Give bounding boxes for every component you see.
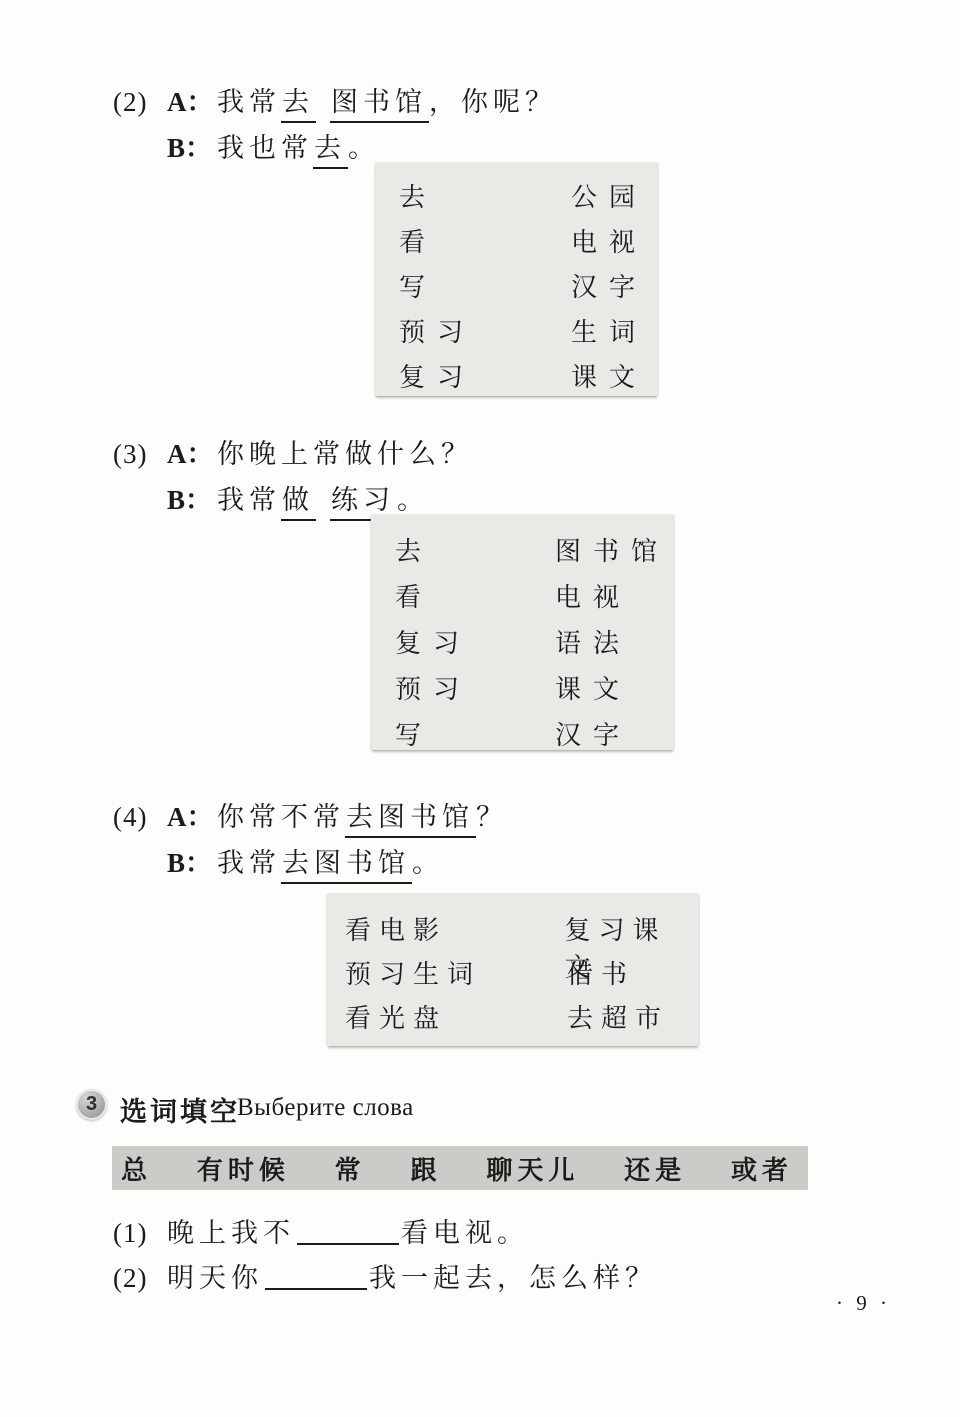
section-number-badge: 3 bbox=[76, 1089, 107, 1120]
box-word-left: 预习生词 bbox=[345, 954, 567, 991]
text-segment: ，你呢？ bbox=[429, 80, 557, 119]
word-pair-row: 看 电视 bbox=[399, 222, 658, 267]
dialog-4-line-a: (4) A： 你常不常 去图书馆 ？ bbox=[113, 795, 508, 838]
fill-in-sentence-1: (1) 晚上我不 看电视。 bbox=[113, 1211, 529, 1250]
bank-word: 聊天儿 bbox=[486, 1150, 579, 1187]
word-pair-row: 看 电视 bbox=[395, 577, 674, 623]
word-pair-row: 写 汉字 bbox=[395, 715, 674, 761]
box-word-right: 课文 bbox=[555, 669, 631, 706]
box-word-left: 复习 bbox=[399, 357, 571, 394]
text-segment: 我常 bbox=[217, 478, 281, 517]
fill-blank bbox=[297, 1217, 399, 1245]
text-segment: 你晚上常做什么？ bbox=[217, 432, 473, 471]
box-word-left: 看电影 bbox=[345, 910, 565, 947]
page-number: · 9 · bbox=[836, 1291, 891, 1316]
item-number: (3) bbox=[113, 439, 167, 470]
box-word-left: 看光盘 bbox=[345, 998, 567, 1035]
box-word-right: 电视 bbox=[555, 577, 631, 614]
underlined-word: 图书馆 bbox=[330, 87, 429, 123]
word-bank-bar: 总 有时候 常 跟 聊天儿 还是 或者 bbox=[113, 1147, 807, 1189]
item-number: (4) bbox=[113, 802, 167, 833]
text-segment: 。 bbox=[412, 841, 444, 880]
speaker-a-label: A： bbox=[167, 432, 217, 471]
section-title-ru: Выберите слова bbox=[237, 1094, 414, 1122]
speaker-b-label: B： bbox=[167, 478, 217, 517]
word-pair-row: 预习 生词 bbox=[399, 312, 658, 357]
dialog-3-line-a: (3) A： 你晚上常做什么？ bbox=[113, 432, 473, 471]
bank-word: 总 bbox=[121, 1150, 152, 1187]
box-word-left: 看 bbox=[395, 577, 555, 614]
speaker-b-label: B： bbox=[167, 841, 217, 880]
bank-word: 跟 bbox=[410, 1150, 441, 1187]
word-pair-row: 复习 课文 bbox=[399, 357, 658, 402]
item-number: (2) bbox=[113, 1263, 167, 1294]
box-word-right: 公园 bbox=[571, 177, 647, 214]
text-segment: 晚上我不 bbox=[167, 1211, 295, 1250]
box-word-right: 生词 bbox=[571, 312, 647, 349]
underlined-word: 去 bbox=[313, 133, 348, 169]
box-word-right: 课文 bbox=[571, 357, 647, 394]
section-title-zh: 选词填空 bbox=[120, 1090, 240, 1129]
text-segment: 我常 bbox=[217, 841, 281, 880]
speaker-a-label: A： bbox=[167, 795, 217, 834]
box-word-left: 预习 bbox=[395, 669, 555, 706]
box-word-right: 语法 bbox=[555, 623, 631, 660]
dialog-2-line-b: B： 我也常 去 。 bbox=[167, 126, 380, 169]
underlined-word: 去 bbox=[281, 87, 316, 123]
box-word-left: 写 bbox=[399, 267, 571, 304]
word-pair-row: 看光盘 去超市 bbox=[345, 998, 699, 1042]
box-word-right: 电视 bbox=[571, 222, 647, 259]
textbook-page: (2) A： 我常 去 图书馆 ，你呢？ B： 我也常 去 。 去 公园 看 电… bbox=[0, 0, 960, 1417]
box-word-left: 看 bbox=[399, 222, 571, 259]
fill-in-sentence-2: (2) 明天你 我一起去，怎么样？ bbox=[113, 1256, 657, 1295]
word-pair-row: 看电影 复习课文 bbox=[345, 910, 699, 954]
word-choice-box-1: 去 公园 看 电视 写 汉字 预习 生词 复习 课文 bbox=[375, 163, 658, 396]
item-number: (2) bbox=[113, 87, 167, 118]
box-word-right: 图书馆 bbox=[555, 531, 669, 568]
text-segment: 。 bbox=[348, 126, 380, 165]
text-segment: ？ bbox=[476, 795, 508, 834]
fill-blank bbox=[265, 1262, 367, 1290]
text-segment: 我常 bbox=[217, 80, 281, 119]
word-choice-box-2: 去 图书馆 看 电视 复习 语法 预习 课文 写 汉字 bbox=[371, 515, 674, 750]
word-pair-row: 预习 课文 bbox=[395, 669, 674, 715]
dialog-2-line-a: (2) A： 我常 去 图书馆 ，你呢？ bbox=[113, 80, 557, 123]
item-number: (1) bbox=[113, 1218, 167, 1249]
text-segment: 你常不常 bbox=[217, 795, 345, 834]
bank-word: 常 bbox=[335, 1150, 366, 1187]
section-number: 3 bbox=[86, 1093, 97, 1116]
bank-word: 或者 bbox=[731, 1150, 793, 1187]
box-word-right: 汉字 bbox=[555, 715, 631, 752]
text-segment: 我一起去，怎么样？ bbox=[369, 1256, 657, 1295]
box-word-left: 写 bbox=[395, 715, 555, 752]
text-segment: 明天你 bbox=[167, 1256, 263, 1295]
underlined-phrase: 去图书馆 bbox=[281, 848, 412, 884]
word-pair-row: 复习 语法 bbox=[395, 623, 674, 669]
box-word-right: 去超市 bbox=[567, 998, 669, 1035]
underlined-word: 做 bbox=[281, 485, 316, 521]
bank-word: 还是 bbox=[624, 1150, 686, 1187]
box-word-right: 借书 bbox=[567, 954, 635, 991]
text-segment: 我也常 bbox=[217, 126, 313, 165]
box-word-left: 预习 bbox=[399, 312, 571, 349]
word-pair-row: 写 汉字 bbox=[399, 267, 658, 312]
underlined-phrase: 去图书馆 bbox=[345, 802, 476, 838]
text-segment: 。 bbox=[397, 478, 429, 517]
box-word-left: 去 bbox=[399, 177, 571, 214]
box-word-left: 去 bbox=[395, 531, 555, 568]
word-pair-row: 去 公园 bbox=[399, 177, 658, 222]
box-word-left: 复习 bbox=[395, 623, 555, 660]
word-choice-box-3: 看电影 复习课文 预习生词 借书 看光盘 去超市 bbox=[327, 894, 699, 1046]
word-pair-row: 去 图书馆 bbox=[395, 531, 674, 577]
dialog-4-line-b: B： 我常 去图书馆 。 bbox=[167, 841, 444, 884]
text-segment: 看电视。 bbox=[401, 1211, 529, 1250]
box-word-right: 汉字 bbox=[571, 267, 647, 304]
speaker-b-label: B： bbox=[167, 126, 217, 165]
bank-word: 有时候 bbox=[197, 1150, 290, 1187]
speaker-a-label: A： bbox=[167, 80, 217, 119]
